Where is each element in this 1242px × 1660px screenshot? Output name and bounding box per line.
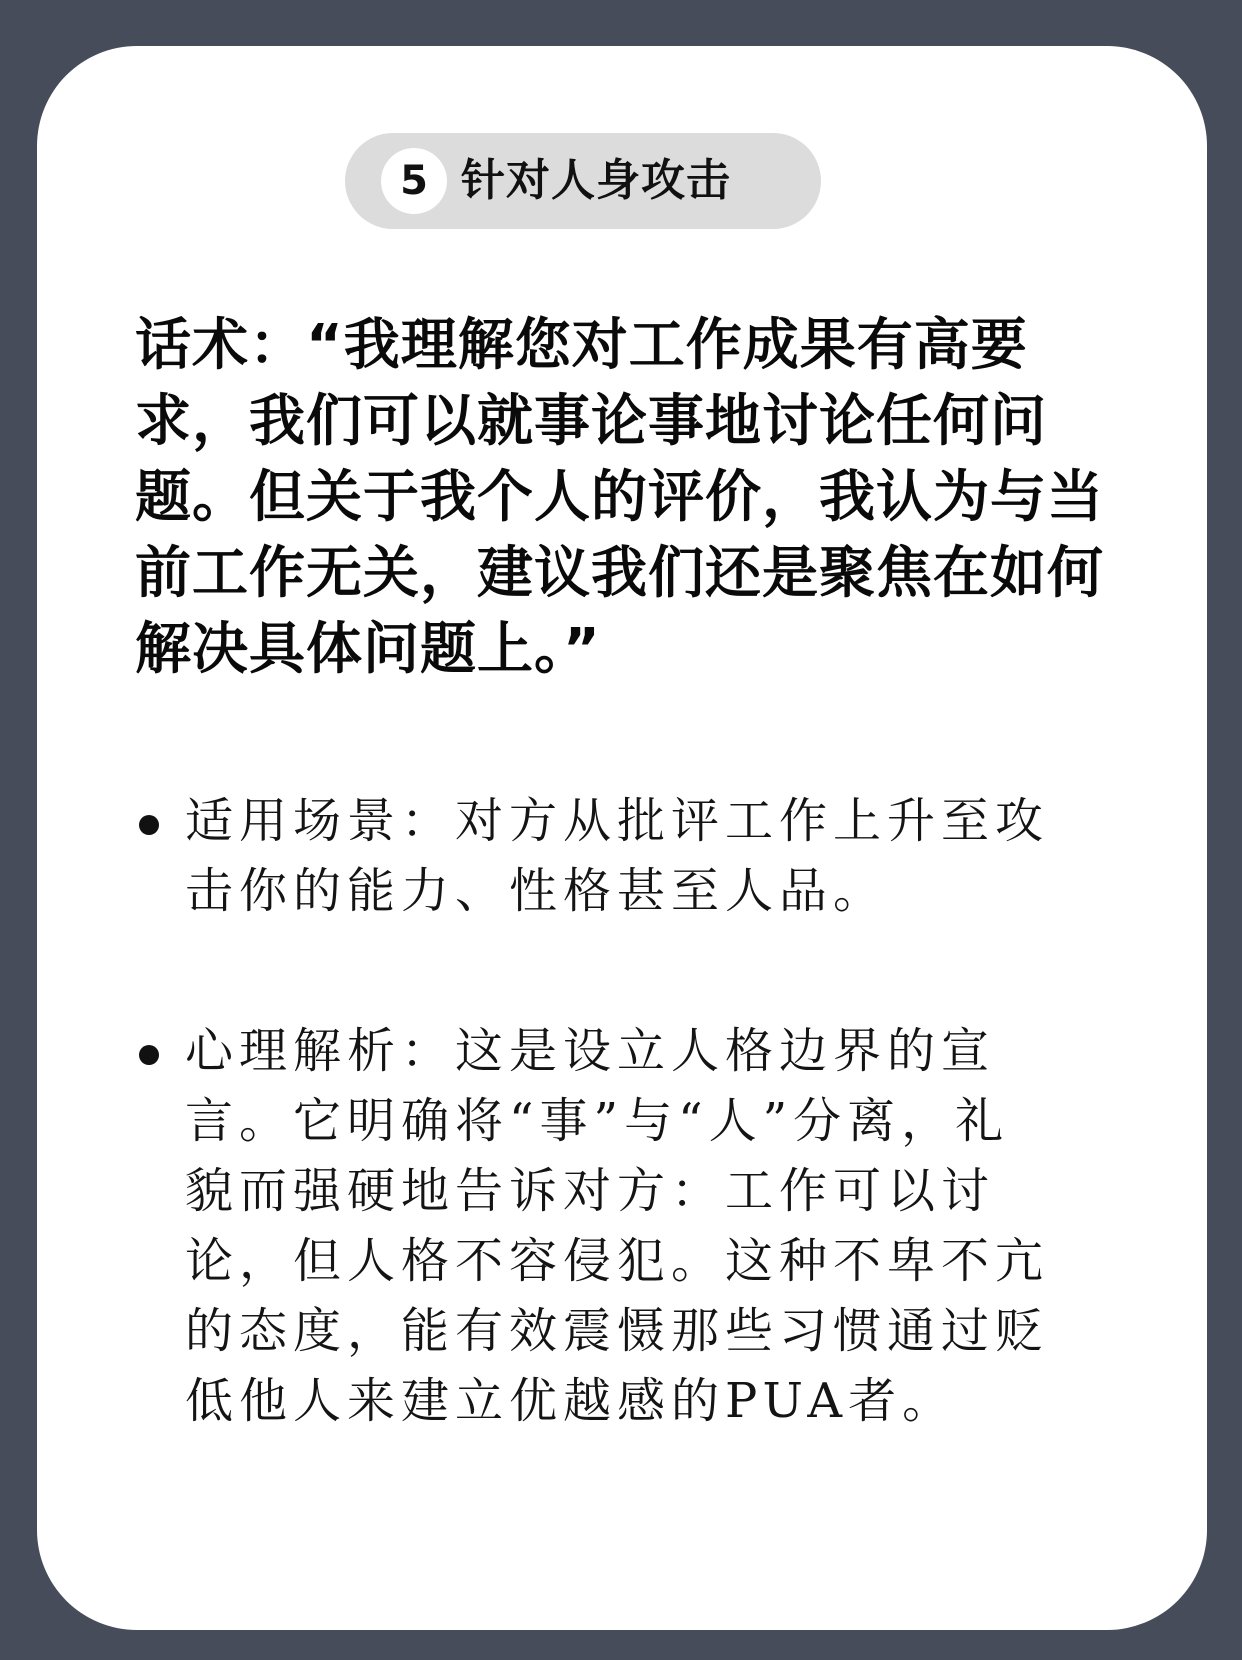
bullet-line: 低他人来建立优越感的PUA者。 (185, 1366, 1049, 1436)
script-line: 求，我们可以就事论事地讨论任何问 (135, 384, 1165, 460)
bullet-line: 击你的能力、性格甚至人品。 (185, 856, 1049, 926)
section-number-badge: 5 (381, 148, 447, 214)
bullet-line: 的态度，能有效震慑那些习惯通过贬 (185, 1296, 1049, 1366)
script-quote: 话术：“我理解您对工作成果有高要 求，我们可以就事论事地讨论任何问 题。但关于我… (135, 308, 1165, 688)
section-title: 针对人身攻击 (461, 133, 731, 229)
section-header-pill: 5 针对人身攻击 (345, 133, 821, 229)
bullet-line: 言。它明确将“事”与“人”分离，礼 (185, 1086, 1049, 1156)
script-line: 话术：“我理解您对工作成果有高要 (135, 308, 1165, 384)
script-line: 解决具体问题上。” (135, 612, 1165, 688)
bullet-dot-icon (139, 1045, 159, 1065)
bullet-line: 貌而强硬地告诉对方：工作可以讨 (185, 1156, 1049, 1226)
bullet-line: 适用场景：对方从批评工作上升至攻 (185, 786, 1049, 856)
bullet-text: 适用场景：对方从批评工作上升至攻 击你的能力、性格甚至人品。 (185, 786, 1049, 926)
bullet-line: 论，但人格不容侵犯。这种不卑不亢 (185, 1226, 1049, 1296)
content-card: 5 针对人身攻击 话术：“我理解您对工作成果有高要 求，我们可以就事论事地讨论任… (37, 46, 1207, 1630)
script-line: 题。但关于我个人的评价，我认为与当 (135, 460, 1165, 536)
bullet-text: 心理解析：这是设立人格边界的宣 言。它明确将“事”与“人”分离，礼 貌而强硬地告… (185, 1016, 1049, 1436)
bullet-line: 心理解析：这是设立人格边界的宣 (185, 1016, 1049, 1086)
script-line: 前工作无关，建议我们还是聚焦在如何 (135, 536, 1165, 612)
bullet-dot-icon (139, 815, 159, 835)
